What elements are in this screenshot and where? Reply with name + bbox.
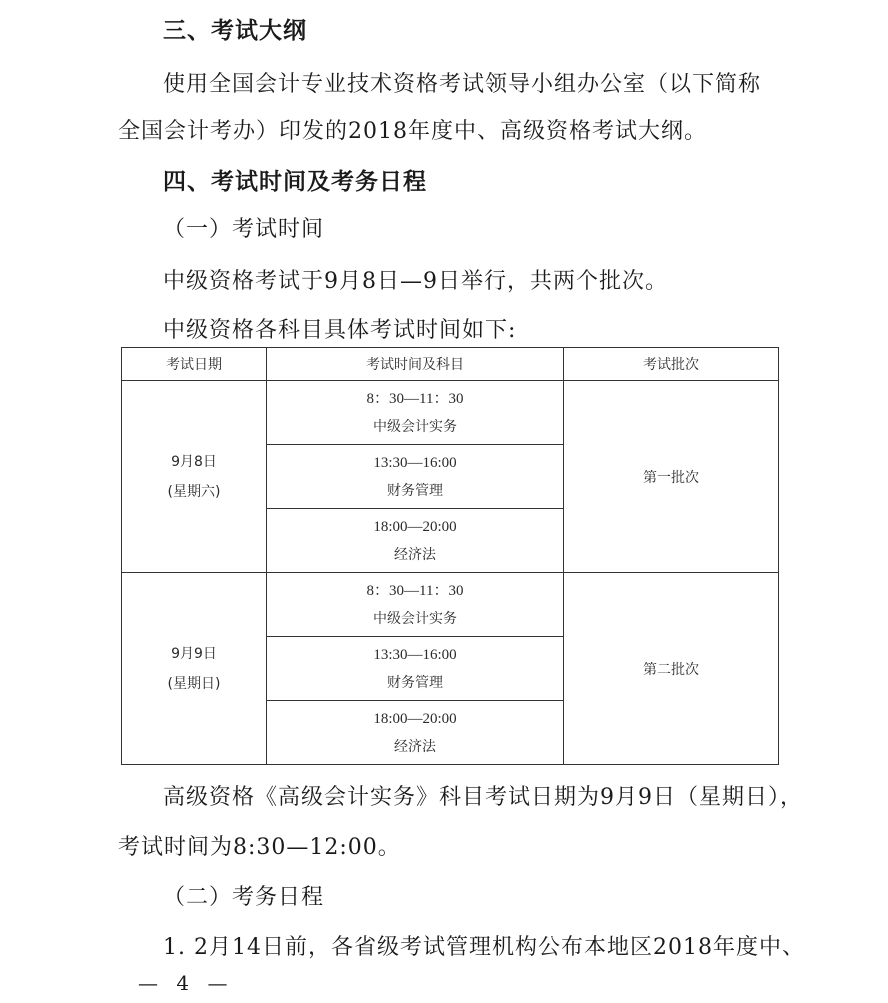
slot-subject: 财务管理 (267, 669, 563, 697)
batch-cell: 第二批次 (564, 573, 779, 765)
subsection-heading-exam-time: （一）考试时间 (163, 215, 324, 245)
header-time-subject: 考试时间及科目 (267, 348, 564, 381)
date-cell: 9月8日 (星期六) (122, 381, 267, 573)
slot-time: 18:00—20:00 (267, 513, 563, 541)
slot-subject: 中级会计实务 (267, 413, 563, 441)
table-header-row: 考试日期 考试时间及科目 考试批次 (122, 348, 779, 381)
slot-cell: 18:00—20:00 经济法 (267, 701, 564, 765)
slot-time: 18:00—20:00 (267, 705, 563, 733)
date-cell: 9月9日 (星期日) (122, 573, 267, 765)
slot-cell: 13:30—16:00 财务管理 (267, 637, 564, 701)
slot-cell: 8：30—11：30 中级会计实务 (267, 381, 564, 445)
slot-subject: 经济法 (267, 733, 563, 761)
subsection-heading-schedule: （二）考务日程 (163, 883, 324, 913)
slot-cell: 18:00—20:00 经济法 (267, 509, 564, 573)
slot-time: 13:30—16:00 (267, 641, 563, 669)
weekday: (星期日) (122, 669, 266, 699)
date: 9月8日 (122, 447, 266, 477)
header-batch: 考试批次 (564, 348, 779, 381)
syllabus-paragraph-line-2: 全国会计考办）印发的2018年度中、高级资格考试大纲。 (118, 117, 707, 147)
schedule-intro-paragraph: 中级资格各科目具体考试时间如下: (163, 316, 516, 346)
header-exam-date: 考试日期 (122, 348, 267, 381)
table-row: 9月8日 (星期六) 8：30—11：30 中级会计实务 第一批次 (122, 381, 779, 445)
section-heading-exam-time: 四、考试时间及考务日程 (163, 167, 427, 197)
page-number: — 4 — (138, 968, 233, 998)
exam-schedule-table: 考试日期 考试时间及科目 考试批次 9月8日 (星期六) 8：30—11：30 … (121, 347, 779, 765)
date: 9月9日 (122, 639, 266, 669)
weekday: (星期六) (122, 477, 266, 507)
batch-cell: 第一批次 (564, 381, 779, 573)
schedule-item-1: 1. 2月14日前，各省级考试管理机构公布本地区2018年度中、 (163, 933, 805, 963)
slot-time: 8：30—11：30 (267, 385, 563, 413)
slot-cell: 8：30—11：30 中级会计实务 (267, 573, 564, 637)
senior-exam-line-2: 考试时间为8:30—12:00。 (118, 833, 401, 863)
senior-exam-line-1: 高级资格《高级会计实务》科目考试日期为9月9日（星期日）， (163, 783, 803, 813)
slot-time: 8：30—11：30 (267, 577, 563, 605)
slot-time: 13:30—16:00 (267, 449, 563, 477)
slot-subject: 财务管理 (267, 477, 563, 505)
table-row: 9月9日 (星期日) 8：30—11：30 中级会计实务 第二批次 (122, 573, 779, 637)
section-heading-syllabus: 三、考试大纲 (163, 16, 307, 46)
slot-cell: 13:30—16:00 财务管理 (267, 445, 564, 509)
slot-subject: 经济法 (267, 541, 563, 569)
slot-subject: 中级会计实务 (267, 605, 563, 633)
syllabus-paragraph-line-1: 使用全国会计专业技术资格考试领导小组办公室（以下简称 (163, 70, 761, 100)
exam-dates-paragraph: 中级资格考试于9月8日—9日举行，共两个批次。 (163, 267, 668, 297)
